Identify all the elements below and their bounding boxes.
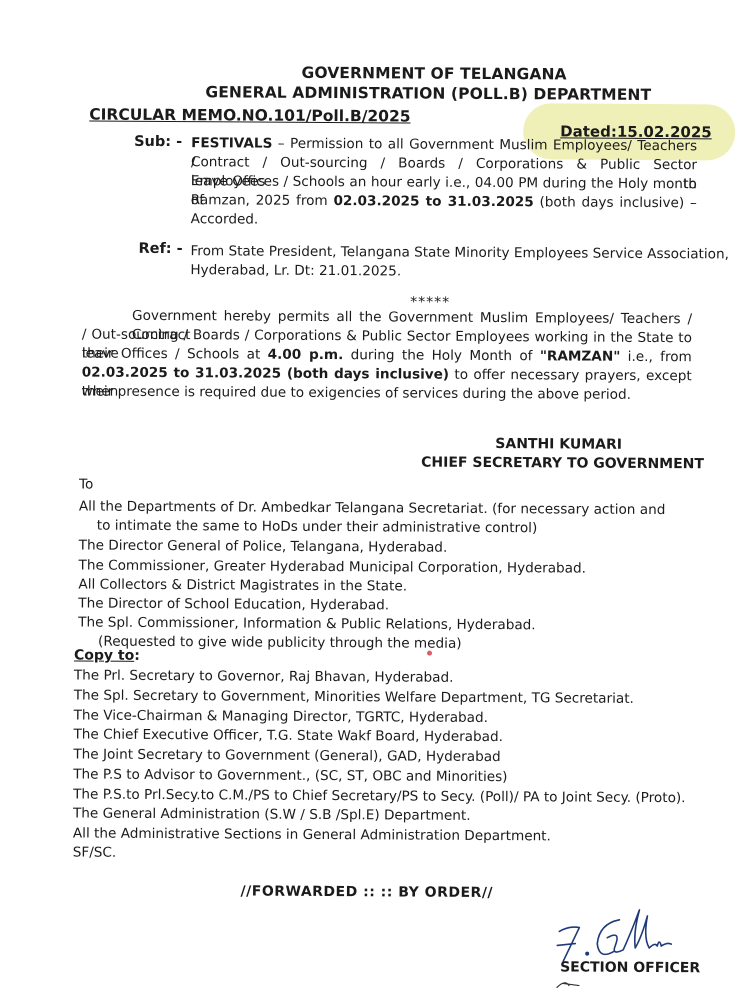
to-item: The Director of School Education, Hydera… <box>78 594 389 615</box>
copy-to-item: The Joint Secretary to Government (Gener… <box>73 745 500 767</box>
subject-topic: FESTIVALS <box>191 135 272 151</box>
body-text: i.e., from <box>620 349 692 365</box>
memo-number: CIRCULAR MEMO.NO.101/Poll.B/2025 <box>89 106 410 126</box>
to-item-continued: to intimate the same to HoDs under their… <box>97 517 538 539</box>
to-item: All Collectors & District Magistrates in… <box>78 575 407 596</box>
circular-memo-page: GOVERNMENT OF TELANGANA GENERAL ADMINIST… <box>0 0 750 998</box>
subject-line-text: (both days inclusive) – <box>534 194 697 211</box>
copy-to-item: SF/SC. <box>73 843 117 862</box>
body-text: their Offices / Schools at <box>82 346 268 363</box>
body-period: 02.03.2025 to 31.03.2025 (both days incl… <box>82 365 449 383</box>
copy-to-label-text: Copy to <box>74 647 134 663</box>
body-time: 4.00 p.m. <box>268 347 344 363</box>
signatory-title: CHIEF SECRETARY TO GOVERNMENT <box>421 455 704 473</box>
copy-to-label: Copy to: <box>74 647 140 663</box>
body-line: their presence is required due to exigen… <box>82 383 692 406</box>
header-government: GOVERNMENT OF TELANGANA <box>302 64 567 84</box>
body-text: during the Holy Month of <box>343 347 540 364</box>
copy-to-colon: : <box>134 648 140 664</box>
ink-dot-mark <box>427 651 432 656</box>
signatory-name: SANTHI KUMARI <box>495 436 622 453</box>
to-label: To <box>79 475 93 494</box>
reference-line: Hyderabad, Lr. Dt: 21.01.2025. <box>190 261 401 281</box>
forwarded-by-order: //FORWARDED :: :: BY ORDER// <box>241 883 494 901</box>
body-month: "RAMZAN" <box>540 348 621 364</box>
body-paragraph: Government hereby permits all the Govern… <box>82 307 693 406</box>
subject-text: FESTIVALS – Permission to all Government… <box>191 134 698 232</box>
copy-to-item: The Spl. Secretary to Government, Minori… <box>74 686 634 709</box>
subject-line: Accorded. <box>191 210 697 232</box>
subject-line-text: Ramzan, 2025 from <box>191 192 334 209</box>
header-department: GENERAL ADMINISTRATION (POLL.B) DEPARTME… <box>205 83 651 104</box>
copy-to-item: The General Administration (S.W / S.B /S… <box>73 804 471 826</box>
subject-label: Sub: - <box>134 134 182 150</box>
reference-label: Ref: - <box>138 241 182 257</box>
copy-to-item: The Prl. Secretary to Governor, Raj Bhav… <box>74 666 454 688</box>
copy-to-item: All the Administrative Sections in Gener… <box>73 824 551 846</box>
subject-period: 02.03.2025 to 31.03.2025 <box>333 193 533 210</box>
to-item: The Director General of Police, Telangan… <box>79 536 448 557</box>
copy-to-item: The P.S to Advisor to Government., (SC, … <box>73 765 507 787</box>
subject-line: Ramzan, 2025 from 02.03.2025 to 31.03.20… <box>191 191 697 213</box>
to-item-note: (Requested to give wide publicity throug… <box>98 633 462 654</box>
signature-icon <box>549 901 700 998</box>
section-officer-label: SECTION OFFICER <box>560 959 700 976</box>
copy-to-item: The Chief Executive Officer, T.G. State … <box>73 725 503 747</box>
